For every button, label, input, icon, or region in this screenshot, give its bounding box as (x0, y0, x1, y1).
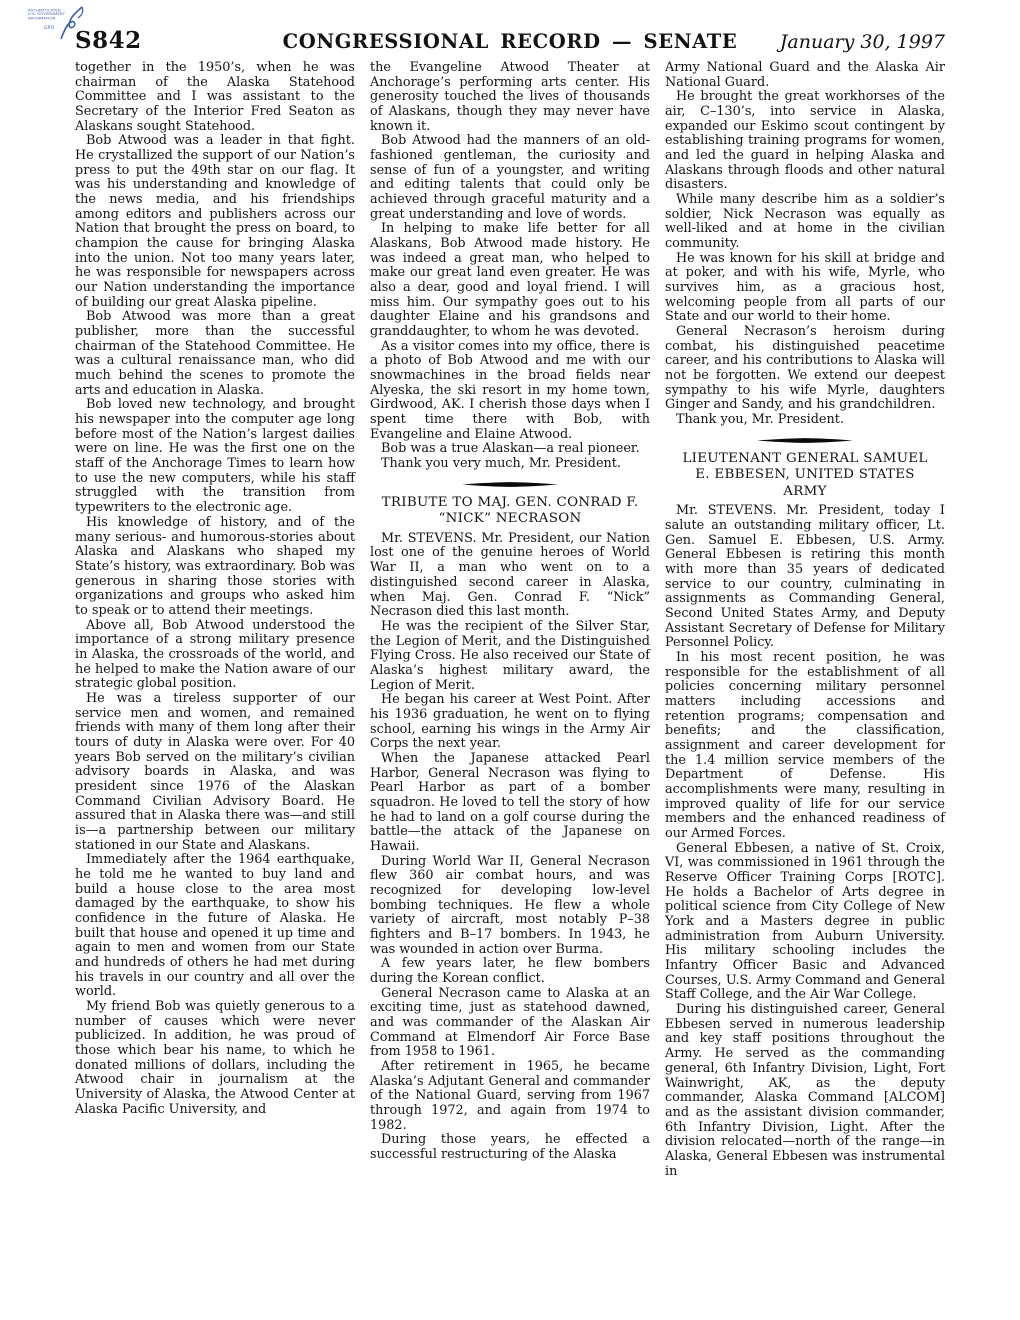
paragraph: General Necrason’s heroism during combat… (665, 325, 945, 413)
paragraph: He was a tireless supporter of our servi… (75, 692, 355, 853)
issue-date: January 30, 1997 (780, 31, 945, 53)
paragraph: together in the 1950’s, when he was chai… (75, 61, 355, 134)
paragraph: My friend Bob was quietly generous to a … (75, 1000, 355, 1117)
paragraph: Bob Atwood had the manners of an old-fas… (370, 134, 650, 222)
paragraph: His knowledge of history, and of the man… (75, 516, 355, 619)
paragraph: In his most recent position, he was resp… (665, 651, 945, 842)
paragraph: During his distinguished career, General… (665, 1003, 945, 1179)
paragraph: During those years, he effected a succes… (370, 1133, 650, 1162)
paragraph: He brought the great workhorses of the a… (665, 90, 945, 193)
paragraph: As a visitor comes into my office, there… (370, 340, 650, 443)
paragraph: Army National Guard and the Alaska Air N… (665, 61, 945, 90)
section-heading-necrason: TRIBUTE TO MAJ. GEN. CONRAD F. “NICK” NE… (378, 495, 642, 528)
paragraph: Thank you very much, Mr. President. (370, 457, 650, 472)
paragraph: He began his career at West Point. After… (370, 693, 650, 752)
page-header: S842 CONGRESSIONAL RECORD — SENATE Janua… (75, 22, 945, 54)
paragraph: Mr. STEVENS. Mr. President, our Nation l… (370, 532, 650, 620)
paragraph: He was known for his skill at bridge and… (665, 252, 945, 325)
paragraph: He was the recipient of the Silver Star,… (370, 620, 650, 693)
paragraph: General Necrason came to Alaska at an ex… (370, 987, 650, 1060)
section-divider-rule-icon (665, 437, 945, 444)
section-heading-ebbesen: LIEUTENANT GENERAL SAMUEL E. EBBESEN, UN… (673, 451, 937, 501)
paragraph: In helping to make life better for all A… (370, 222, 650, 339)
text-column-3: Army National Guard and the Alaska Air N… (665, 61, 945, 1179)
paragraph: Bob Atwood was more than a great publish… (75, 310, 355, 398)
paragraph: During World War II, General Necrason fl… (370, 855, 650, 958)
paragraph: While many describe him as a soldier’s s… (665, 193, 945, 252)
text-column-1: together in the 1950’s, when he was chai… (75, 61, 355, 1179)
paragraph: When the Japanese attacked Pearl Harbor,… (370, 752, 650, 855)
text-columns: together in the 1950’s, when he was chai… (75, 61, 945, 1179)
section-divider-rule-icon (370, 481, 650, 488)
paragraph: Bob was a true Alaskan—a real pioneer. (370, 442, 650, 457)
paragraph: the Evangeline Atwood Theater at Anchora… (370, 61, 650, 134)
gpo-label: GPO (44, 25, 55, 30)
paragraph: Above all, Bob Atwood understood the imp… (75, 619, 355, 692)
paragraph: Bob Atwood was a leader in that fight. H… (75, 134, 355, 310)
paragraph: After retirement in 1965, he became Alas… (370, 1060, 650, 1133)
paragraph: General Ebbesen, a native of St. Croix, … (665, 842, 945, 1003)
paragraph: A few years later, he flew bombers durin… (370, 957, 650, 986)
paragraph: Mr. STEVENS. Mr. President, today I salu… (665, 504, 945, 651)
text-column-2: the Evangeline Atwood Theater at Anchora… (370, 61, 650, 1179)
paragraph: Thank you, Mr. President. (665, 413, 945, 428)
congressional-record-page: AUTHENTICATED U.S. GOVERNMENT INFORMATIO… (0, 0, 1020, 1320)
paragraph: Bob loved new technology, and brought hi… (75, 398, 355, 515)
paragraph: Immediately after the 1964 earthquake, h… (75, 853, 355, 1000)
